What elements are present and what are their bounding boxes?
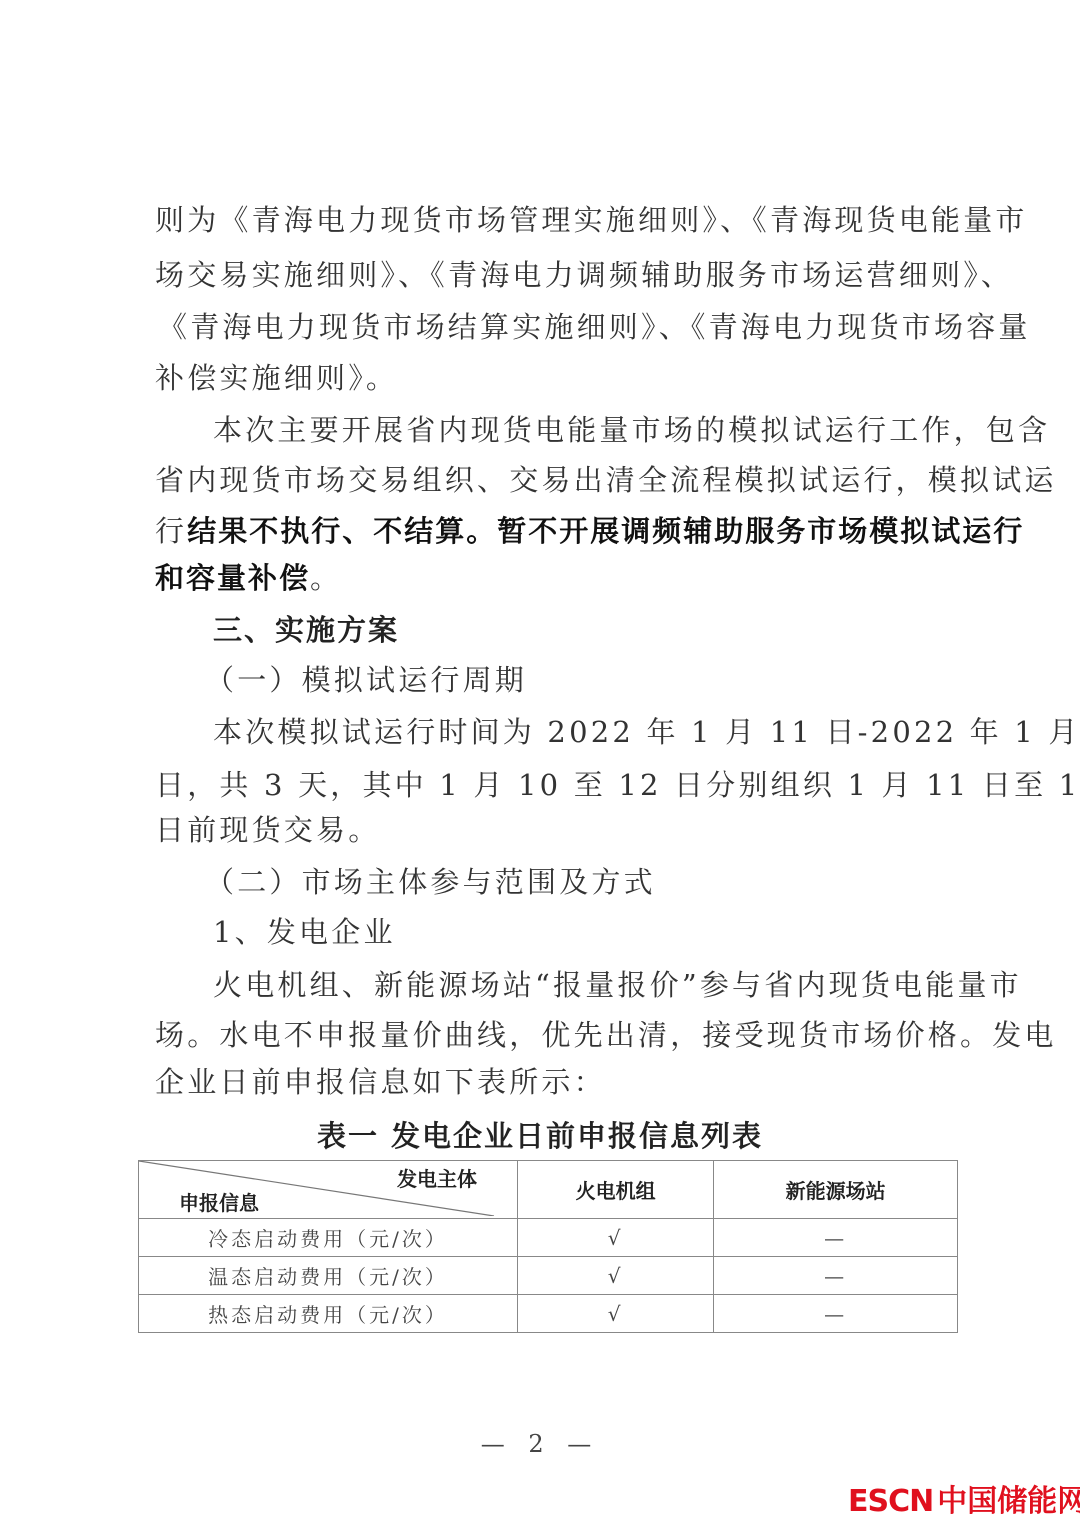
diagonal-header-cell: 发电主体 申报信息 [139, 1161, 518, 1219]
paragraph-line: 本次主要开展省内现货电能量市场的模拟试运行工作，包含 [213, 410, 1013, 450]
paragraph-line: 日前现货交易。 [155, 810, 955, 850]
plain-text: 。 [310, 561, 342, 595]
paragraph-line: 火电机组、新能源场站“报量报价”参与省内现货电能量市 [213, 965, 1013, 1005]
declaration-info-table: 发电主体 申报信息 火电机组 新能源场站 冷态启动费用（元/次） √ — 温态启… [138, 1160, 958, 1333]
watermark-logo: ESCN中国储能网 [848, 1476, 1080, 1520]
item-heading: 1、发电企业 [213, 912, 1013, 952]
paragraph-line: 省内现货市场交易组织、交易出清全流程模拟试运行，模拟试运 [155, 460, 955, 500]
row-label: 温态启动费用（元/次） [139, 1257, 518, 1295]
table-header-row: 发电主体 申报信息 火电机组 新能源场站 [139, 1161, 958, 1219]
logo-cn: 中国储能网 [937, 1484, 1080, 1519]
check-mark-icon: √ [518, 1295, 714, 1333]
paragraph-line: 企业日前申报信息如下表所示： [155, 1062, 955, 1102]
page-number: — 2 — [0, 1430, 1080, 1458]
header-subject-label: 发电主体 [397, 1163, 477, 1192]
paragraph-line: 日，共 3 天，其中 1 月 10 至 12 日分别组织 1 月 11 日至 1… [155, 765, 955, 805]
check-mark-icon: √ [518, 1257, 714, 1295]
plain-text: 行 [155, 514, 187, 548]
paragraph-line: 则为《青海电力现货市场管理实施细则》、《青海现货电能量市 [155, 200, 955, 240]
section-heading: 三、实施方案 [213, 610, 1013, 650]
paragraph-line: 《青海电力现货市场结算实施细则》、《青海电力现货市场容量 [158, 307, 958, 347]
paragraph-line-mixed: 行结果不执行、不结算。暂不开展调频辅助服务市场模拟试运行 [155, 511, 955, 551]
check-mark-icon: √ [518, 1219, 714, 1257]
table-row: 热态启动费用（元/次） √ — [139, 1295, 958, 1333]
logo-en: ESCN [848, 1484, 933, 1519]
row-label: 冷态启动费用（元/次） [139, 1219, 518, 1257]
row-label: 热态启动费用（元/次） [139, 1295, 518, 1333]
paragraph-line: 场。水电不申报量价曲线，优先出清，接受现货市场价格。发电 [155, 1015, 955, 1055]
dash-icon: — [714, 1257, 958, 1295]
column-header-renewable: 新能源场站 [714, 1161, 958, 1219]
subsection-heading: （二）市场主体参与范围及方式 [205, 862, 1005, 902]
dash-icon: — [714, 1295, 958, 1333]
table-row: 冷态启动费用（元/次） √ — [139, 1219, 958, 1257]
subsection-heading: （一）模拟试运行周期 [205, 660, 1005, 700]
paragraph-line-mixed: 和容量补偿。 [155, 558, 955, 598]
emphasis-text: 和容量补偿 [155, 561, 310, 595]
table-row: 温态启动费用（元/次） √ — [139, 1257, 958, 1295]
emphasis-text: 结果不执行、不结算。暂不开展调频辅助服务市场模拟试运行 [187, 514, 1024, 548]
paragraph-line: 本次模拟试运行时间为 2022 年 1 月 11 日-2022 年 1 月 13 [213, 712, 1013, 752]
table-title: 表一 发电企业日前申报信息列表 [0, 1114, 1080, 1155]
paragraph-line: 场交易实施细则》、《青海电力调频辅助服务市场运营细则》、 [155, 255, 955, 295]
dash-icon: — [714, 1219, 958, 1257]
header-info-label: 申报信息 [179, 1187, 259, 1216]
paragraph-line: 补偿实施细则》。 [155, 358, 955, 398]
column-header-thermal: 火电机组 [518, 1161, 714, 1219]
